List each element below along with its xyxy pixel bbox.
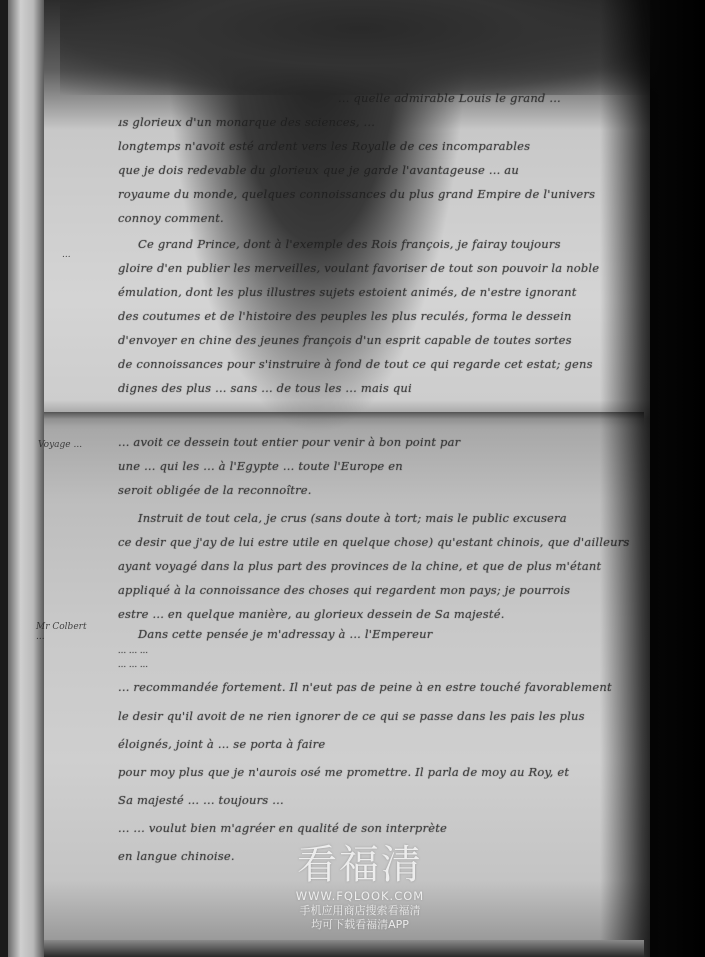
manuscript-line: Ce grand Prince, dont à l'exemple des Ro… bbox=[118, 232, 638, 256]
manuscript-line: longtemps n'avoit esté ardent vers les R… bbox=[118, 134, 638, 158]
manuscript-line: Dans cette pensée je m'adressay à ... l'… bbox=[118, 624, 638, 644]
watermark-title: 看福清 bbox=[270, 842, 450, 888]
manuscript-line: émulation, dont les plus illustres sujet… bbox=[118, 280, 638, 304]
manuscript-line: connoy comment. bbox=[118, 206, 638, 230]
manuscript-line: le desir qu'il avoit de ne rien ignorer … bbox=[118, 702, 638, 730]
manuscript-line: estre ... en quelque manière, au glorieu… bbox=[118, 602, 638, 626]
manuscript-line: dignes des plus ... sans ... de tous les… bbox=[118, 376, 638, 400]
manuscript-line: gloire d'en publier les merveilles, voul… bbox=[118, 256, 638, 280]
watermark: 看福清 WWW.FQLOOK.COM 手机应用商店搜索看福清 均可下载看福清AP… bbox=[270, 842, 450, 932]
paragraph-5: Dans cette pensée je m'adressay à ... l'… bbox=[118, 624, 638, 870]
paragraph-4: Instruit de tout cela, je crus (sans dou… bbox=[118, 506, 638, 626]
manuscript-line: que je dois redevable du glorieux que je… bbox=[118, 158, 638, 182]
watermark-url: WWW.FQLOOK.COM bbox=[270, 888, 450, 904]
manuscript-line: une ... qui les ... à l'Egypte ... toute… bbox=[118, 454, 638, 478]
manuscript-line: ... plus glorieux d'un monarque des scie… bbox=[118, 110, 638, 134]
manuscript-line: Instruit de tout cela, je crus (sans dou… bbox=[118, 506, 638, 530]
paragraph-2: Ce grand Prince, dont à l'exemple des Ro… bbox=[118, 232, 638, 400]
manuscript-line: ... ... voulut bien m'agréer en qualité … bbox=[118, 814, 638, 842]
manuscript-line: Sa majesté ... ... toujours ... bbox=[118, 786, 638, 814]
manuscript-line: ... quelle admirable Louis le grand ... bbox=[118, 86, 638, 110]
bottom-edge bbox=[44, 940, 644, 957]
margin-note: Voyage ... bbox=[38, 440, 82, 450]
manuscript-line: de connoissances pour s'instruire à fond… bbox=[118, 352, 638, 376]
top-shadow bbox=[60, 0, 660, 95]
manuscript-line: pour moy plus que je n'aurois osé me pro… bbox=[118, 758, 638, 786]
manuscript-line: ayant voyagé dans la plus part des provi… bbox=[118, 554, 638, 578]
watermark-line-1: 手机应用商店搜索看福清 bbox=[270, 904, 450, 918]
margin-note: ... bbox=[62, 250, 71, 260]
manuscript-line: ce desir que j'ay de lui estre utile en … bbox=[118, 530, 638, 554]
binding-edge bbox=[0, 0, 8, 957]
manuscript-line: ... avoit ce dessein tout entier pour ve… bbox=[118, 430, 638, 454]
manuscript-line: seroit obligée de la reconnoître. bbox=[118, 478, 638, 502]
margin-note: Mr Colbert ... bbox=[36, 622, 96, 642]
right-shadow bbox=[600, 0, 705, 957]
paragraph-3: ... avoit ce dessein tout entier pour ve… bbox=[118, 430, 638, 502]
manuscript-line: ... ... ... bbox=[118, 658, 638, 672]
manuscript-line: ... ... ... bbox=[118, 644, 638, 658]
paragraph-1: ... quelle admirable Louis le grand ... … bbox=[118, 86, 638, 230]
manuscript-line: d'envoyer en chine des jeunes françois d… bbox=[118, 328, 638, 352]
watermark-line-2: 均可下载看福清APP bbox=[270, 918, 450, 932]
manuscript-line: appliqué à la connoissance des choses qu… bbox=[118, 578, 638, 602]
manuscript-line: ... recommandée fortement. Il n'eut pas … bbox=[118, 672, 638, 702]
photo-frame: ... quelle admirable Louis le grand ... … bbox=[0, 0, 705, 957]
page-fold-crease bbox=[44, 412, 644, 426]
adjacent-page-strip bbox=[8, 0, 44, 957]
manuscript-line: éloignés, joint à ... se porta à faire bbox=[118, 730, 638, 758]
manuscript-line: des coutumes et de l'histoire des peuple… bbox=[118, 304, 638, 328]
manuscript-line: royaume du monde, quelques connoissances… bbox=[118, 182, 638, 206]
